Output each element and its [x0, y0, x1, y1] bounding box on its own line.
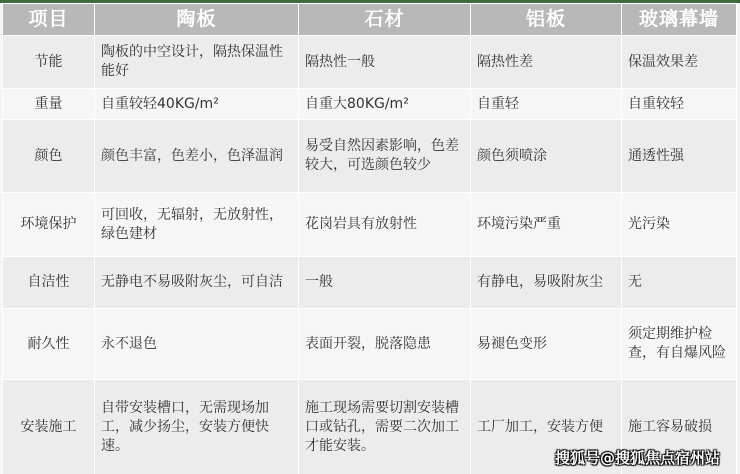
cell-boli: 无	[622, 257, 737, 309]
table-row: 环境保护 可回收，无辐射，无放射性，绿色建材 花岗岩具有放射性 环境污染严重 光…	[3, 193, 737, 257]
row-label: 颜色	[3, 120, 95, 193]
table-row: 颜色 颜色丰富，色差小，色泽温润 易受自然因素影响，色差较大，可选颜色较少 颜色…	[3, 120, 737, 193]
cell-taoban: 永不退色	[95, 309, 299, 380]
cell-shicai: 隔热性一般	[299, 36, 471, 89]
cell-boli: 自重较轻	[622, 89, 737, 120]
cell-taoban: 自带安装槽口，无需现场加工，减少扬尘，安装方便快速。	[95, 380, 299, 474]
material-comparison-table: 项目 陶板 石材 铝板 玻璃幕墙 节能 陶板的中空设计，隔热保温性能好 隔热性一…	[2, 3, 737, 474]
table-row: 重量 自重较轻40KG/m² 自重大80KG/m² 自重轻 自重较轻	[3, 89, 737, 120]
header-shicai: 石材	[299, 4, 471, 36]
cell-taoban: 颜色丰富，色差小，色泽温润	[95, 120, 299, 193]
cell-lvban: 有静电，易吸附灰尘	[471, 257, 622, 309]
cell-boli: 须定期维护检查，有自爆风险	[622, 309, 737, 380]
cell-boli: 保温效果差	[622, 36, 737, 89]
cell-lvban: 易褪色变形	[471, 309, 622, 380]
cell-shicai: 花岗岩具有放射性	[299, 193, 471, 257]
table-row: 耐久性 永不退色 表面开裂，脱落隐患 易褪色变形 须定期维护检查，有自爆风险	[3, 309, 737, 380]
row-label: 自洁性	[3, 257, 95, 309]
cell-taoban: 自重较轻40KG/m²	[95, 89, 299, 120]
cell-shicai: 一般	[299, 257, 471, 309]
header-boli: 玻璃幕墙	[622, 4, 737, 36]
row-label: 节能	[3, 36, 95, 89]
cell-shicai: 易受自然因素影响，色差较大，可选颜色较少	[299, 120, 471, 193]
cell-boli: 光污染	[622, 193, 737, 257]
table-row: 自洁性 无静电不易吸附灰尘，可自洁 一般 有静电，易吸附灰尘 无	[3, 257, 737, 309]
cell-lvban: 隔热性差	[471, 36, 622, 89]
cell-taoban: 可回收，无辐射，无放射性，绿色建材	[95, 193, 299, 257]
cell-lvban: 自重轻	[471, 89, 622, 120]
row-label: 环境保护	[3, 193, 95, 257]
header-lvban: 铝板	[471, 4, 622, 36]
cell-taoban: 陶板的中空设计，隔热保温性能好	[95, 36, 299, 89]
header-taoban: 陶板	[95, 4, 299, 36]
row-label: 安装施工	[3, 380, 95, 474]
cell-shicai: 施工现场需要切割安装槽口或钻孔，需要二次加工才能安装。	[299, 380, 471, 474]
cell-lvban: 颜色须喷涂	[471, 120, 622, 193]
row-label: 重量	[3, 89, 95, 120]
row-label: 耐久性	[3, 309, 95, 380]
cell-boli: 通透性强	[622, 120, 737, 193]
cell-shicai: 自重大80KG/m²	[299, 89, 471, 120]
table-header-row: 项目 陶板 石材 铝板 玻璃幕墙	[3, 4, 737, 36]
cell-shicai: 表面开裂，脱落隐患	[299, 309, 471, 380]
watermark: 搜狐号@搜狐焦点宿州站	[555, 447, 720, 468]
table-row: 节能 陶板的中空设计，隔热保温性能好 隔热性一般 隔热性差 保温效果差	[3, 36, 737, 89]
cell-taoban: 无静电不易吸附灰尘，可自洁	[95, 257, 299, 309]
header-item: 项目	[3, 4, 95, 36]
cell-lvban: 环境污染严重	[471, 193, 622, 257]
